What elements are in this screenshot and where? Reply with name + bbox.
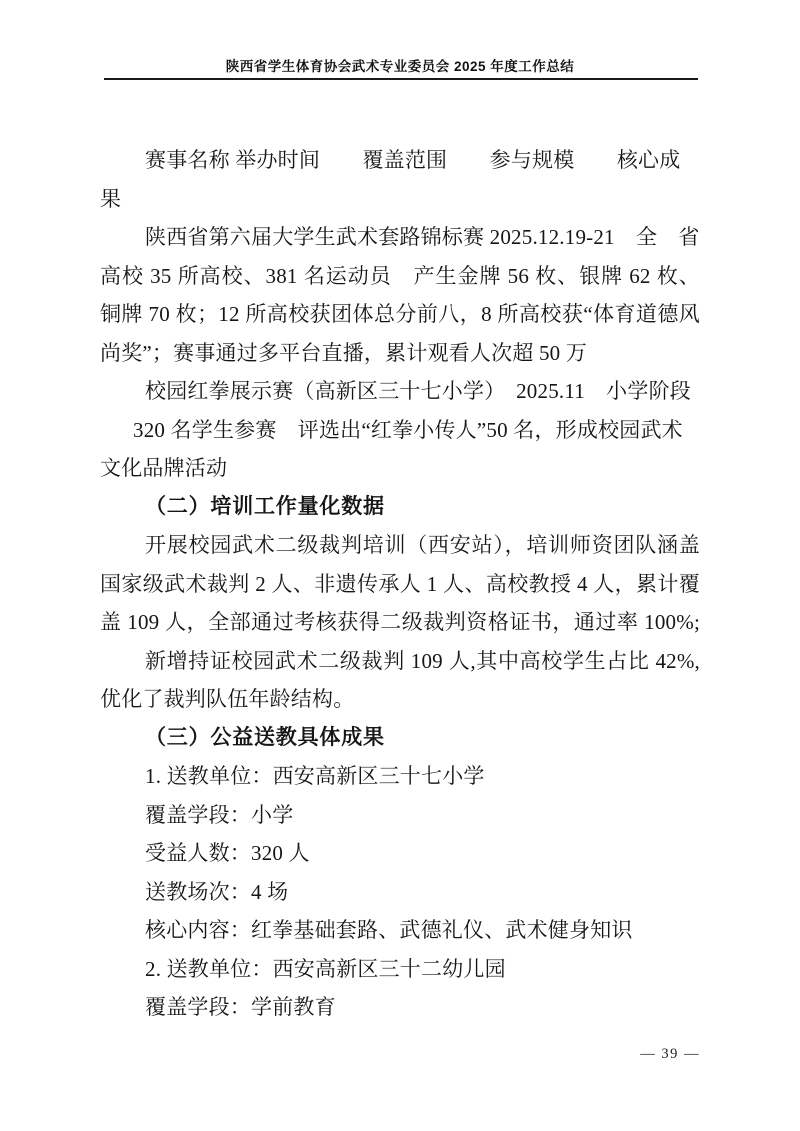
body-line: 开展校园武术二级裁判培训（西安站），培训师资团队涵盖 [100, 526, 700, 565]
body-line: 覆盖学段：小学 [100, 796, 700, 835]
header-rule [104, 78, 698, 80]
body-line: 核心内容：红拳基础套路、武德礼仪、武术健身知识 [100, 911, 700, 950]
body-line: 尚奖”；赛事通过多平台直播，累计观看人次超 50 万 [100, 334, 700, 373]
body-line: 铜牌 70 枚；12 所高校获团体总分前八，8 所高校获“体育道德风 [100, 295, 700, 334]
body-line: 赛事名称 举办时间 覆盖范围 参与规模 核心成果 [100, 141, 700, 218]
document-body: 赛事名称 举办时间 覆盖范围 参与规模 核心成果陕西省第六届大学生武术套路锦标赛… [100, 141, 700, 1027]
body-line: 受益人数：320 人 [100, 834, 700, 873]
body-line: 2. 送教单位：西安高新区三十二幼儿园 [100, 950, 700, 989]
section-heading: （三）公益送教具体成果 [100, 719, 700, 758]
body-line: 文化品牌活动 [100, 449, 700, 488]
section-heading: （二）培训工作量化数据 [100, 488, 700, 527]
body-line: 新增持证校园武术二级裁判 109 人,其中高校学生占比 42%, [100, 642, 700, 681]
body-line: 高校 35 所高校、381 名运动员 产生金牌 56 枚、银牌 62 枚、 [100, 257, 700, 296]
body-line: 320 名学生参赛 评选出“红拳小传人”50 名，形成校园武术 [100, 411, 700, 450]
body-line: 校园红拳展示赛（高新区三十七小学） 2025.11 小学阶段 [100, 372, 700, 411]
body-line: 国家级武术裁判 2 人、非遗传承人 1 人、高校教授 4 人，累计覆 [100, 565, 700, 604]
body-line: 陕西省第六届大学生武术套路锦标赛 2025.12.19-21 全 省 [100, 218, 700, 257]
document-page: 陕西省学生体育协会武术专业委员会 2025 年度工作总结 赛事名称 举办时间 覆… [0, 0, 800, 1131]
body-line: 覆盖学段：学前教育 [100, 988, 700, 1027]
page-number: — 39 — [640, 1046, 700, 1063]
page-header-title: 陕西省学生体育协会武术专业委员会 2025 年度工作总结 [0, 55, 800, 75]
body-line: 送教场次：4 场 [100, 873, 700, 912]
body-line: 优化了裁判队伍年龄结构。 [100, 680, 700, 719]
body-line: 盖 109 人，全部通过考核获得二级裁判资格证书，通过率 100%; [100, 603, 700, 642]
body-line: 1. 送教单位：西安高新区三十七小学 [100, 757, 700, 796]
